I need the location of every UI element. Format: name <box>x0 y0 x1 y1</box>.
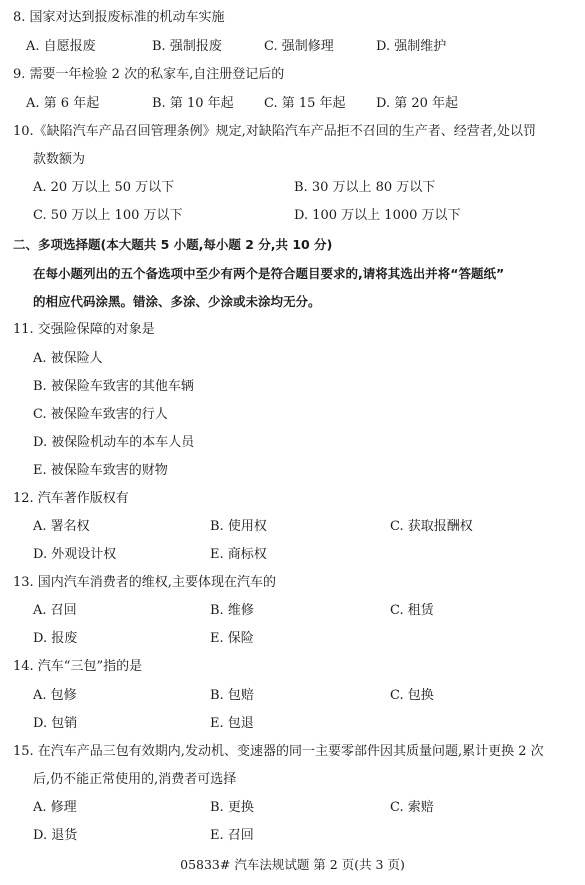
q8-option-c: C. 强制修理 <box>264 39 334 55</box>
q9-option-b: B. 第 10 年起 <box>152 96 234 112</box>
q12-option-d: D. 外观设计权 <box>33 547 116 563</box>
q12-option-e: E. 商标权 <box>210 547 267 563</box>
q12-option-c: C. 获取报酬权 <box>390 519 473 535</box>
q10-option-d: D. 100 万以上 1000 万以下 <box>294 208 461 224</box>
section-2-instructions-cont: 的相应代码涂黑。错涂、多涂、少涂或未涂均无分。 <box>33 294 321 310</box>
question-10-stem: 10.《缺陷汽车产品召回管理条例》规定,对缺陷汽车产品拒不召回的生产者、经营者,… <box>13 124 536 140</box>
q14-option-c: C. 包换 <box>390 688 434 704</box>
q14-option-e: E. 包退 <box>210 716 254 732</box>
q11-option-b: B. 被保险车致害的其他车辆 <box>33 379 194 395</box>
q15-option-d: D. 退货 <box>33 828 77 844</box>
question-15-stem-cont: 后,仍不能正常使用的,消费者可选择 <box>33 772 236 788</box>
question-8-stem: 8. 国家对达到报废标准的机动车实施 <box>13 10 225 26</box>
q13-option-e: E. 保险 <box>210 631 254 647</box>
q13-option-c: C. 租赁 <box>390 603 434 619</box>
q14-option-a: A. 包修 <box>33 688 77 704</box>
q12-option-a: A. 署名权 <box>33 519 90 535</box>
q9-option-c: C. 第 15 年起 <box>264 96 346 112</box>
q13-option-a: A. 召回 <box>33 603 77 619</box>
question-15-stem: 15. 在汽车产品三包有效期内,发动机、变速器的同一主要零部件因其质量问题,累计… <box>13 744 544 760</box>
question-12-stem: 12. 汽车著作版权有 <box>13 491 129 507</box>
q15-option-b: B. 更换 <box>210 800 254 816</box>
q10-option-b: B. 30 万以上 80 万以下 <box>294 180 435 196</box>
q9-option-d: D. 第 20 年起 <box>376 96 458 112</box>
question-9-stem: 9. 需要一年检验 2 次的私家车,自注册登记后的 <box>13 67 284 83</box>
question-14-stem: 14. 汽车“三包”指的是 <box>13 659 142 675</box>
q11-option-c: C. 被保险车致害的行人 <box>33 407 168 423</box>
q13-option-b: B. 维修 <box>210 603 254 619</box>
q8-option-d: D. 强制维护 <box>376 39 446 55</box>
question-10-stem-cont: 款数额为 <box>33 152 85 168</box>
q15-option-a: A. 修理 <box>33 800 77 816</box>
q13-option-d: D. 报废 <box>33 631 77 647</box>
question-11-stem: 11. 交强险保障的对象是 <box>13 322 155 338</box>
q11-option-a: A. 被保险人 <box>33 351 103 367</box>
q8-option-a: A. 自愿报废 <box>26 39 96 55</box>
page-footer: 05833# 汽车法规试题 第 2 页(共 3 页) <box>0 857 585 873</box>
q11-option-e: E. 被保险车致害的财物 <box>33 463 168 479</box>
q15-option-e: E. 召回 <box>210 828 254 844</box>
q8-option-b: B. 强制报废 <box>152 39 222 55</box>
q12-option-b: B. 使用权 <box>210 519 267 535</box>
q14-option-d: D. 包销 <box>33 716 77 732</box>
q10-option-a: A. 20 万以上 50 万以下 <box>33 180 174 196</box>
q10-option-c: C. 50 万以上 100 万以下 <box>33 208 183 224</box>
q9-option-a: A. 第 6 年起 <box>26 96 99 112</box>
q15-option-c: C. 索赔 <box>390 800 434 816</box>
section-2-title: 二、多项选择题(本大题共 5 小题,每小题 2 分,共 10 分) <box>13 237 332 253</box>
section-2-instructions: 在每小题列出的五个备选项中至少有两个是符合题目要求的,请将其选出并将“答题纸” <box>33 266 504 282</box>
q11-option-d: D. 被保险机动车的本车人员 <box>33 435 194 451</box>
question-13-stem: 13. 国内汽车消费者的维权,主要体现在汽车的 <box>13 575 276 591</box>
q14-option-b: B. 包赔 <box>210 688 254 704</box>
